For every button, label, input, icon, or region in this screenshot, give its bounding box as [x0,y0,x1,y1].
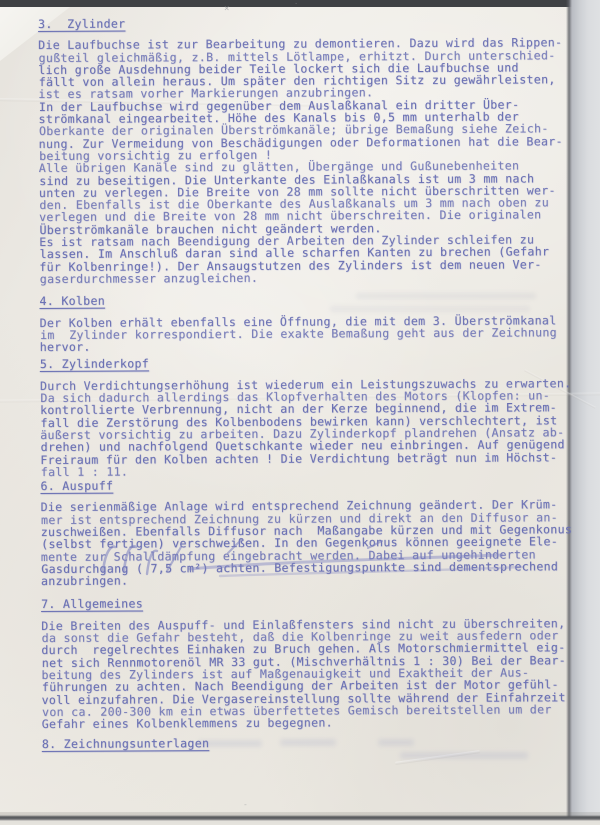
section-heading-text: 4. Kolben [39,294,105,308]
section-heading: 6. Auspuff [40,477,576,492]
text-line: gußteil gleichmäßig, z.B. mittels Lötlam… [39,49,575,64]
text-line: führungen zu achten. Nach Beendigung der… [42,678,578,693]
text-line: fall 1 : 11. [41,463,577,478]
text-line: drehen) und nachfolgend Quetschkante wie… [41,438,577,453]
page-edge-bottom [0,812,600,825]
text-line: lassen. Im Anschluß daran sind alle scha… [40,246,576,261]
scanner-background-top [0,0,600,7]
text-line: gaserdurchmesser anzugleichen. [40,270,576,285]
text-line: da sonst die Gefahr besteht, daß die Kol… [42,629,578,644]
text-line: Gasdurchgang ( 7,5 cm²) achten. Befestig… [41,560,577,575]
section-6: 6. AuspuffDie serienmäßige Anlage wird e… [40,477,577,587]
section-heading-text: 5. Zylinderkopf [40,357,149,372]
section-8: 8. Zeichnungsunterlagen [42,736,578,751]
section-heading: 5. Zylinderkopf [40,356,576,371]
section-heading: 7. Allgemeines [41,596,577,611]
text-line: im Zylinder korrespondiert. Die exakte B… [40,326,576,341]
text-line: Gefahr eines Kolbenklemmens zu begegnen. [42,715,578,730]
section-3: 3. ZylinderDie Laufbuchse ist zur Bearbe… [38,15,575,285]
document-body: 3. ZylinderDie Laufbuchse ist zur Bearbe… [38,15,578,760]
text-line: In der Laufbuchse wird gegenüber dem Aus… [39,98,575,113]
section-5: 5. ZylinderkopfDurch Verdichtungserhöhun… [40,356,577,478]
section-heading: 3. Zylinder [38,15,574,30]
section-heading-text: 8. Zeichnungsunterlagen [42,737,210,752]
section-4: 4. KolbenDer Kolben erhält ebenfalls ein… [39,292,575,353]
text-line: Da sich dadurch allerdings das Klopfverh… [40,389,576,404]
section-heading-text: 7. Allgemeines [41,597,143,612]
section-heading-text: 6. Auspuff [40,479,113,493]
section-heading-text: 3. Zylinder [38,17,125,31]
text-line: mer ist entsprechend Zeichnung zu kürzen… [41,511,577,526]
scanned-page: 3. ZylinderDie Laufbuchse ist zur Bearbe… [0,0,600,825]
section-heading: 4. Kolben [39,292,575,307]
section-heading: 8. Zeichnungsunterlagen [42,736,578,751]
section-7: 7. AllgemeinesDie Breiten des Auspuff- u… [41,596,578,731]
paper-speck: - [243,800,248,809]
